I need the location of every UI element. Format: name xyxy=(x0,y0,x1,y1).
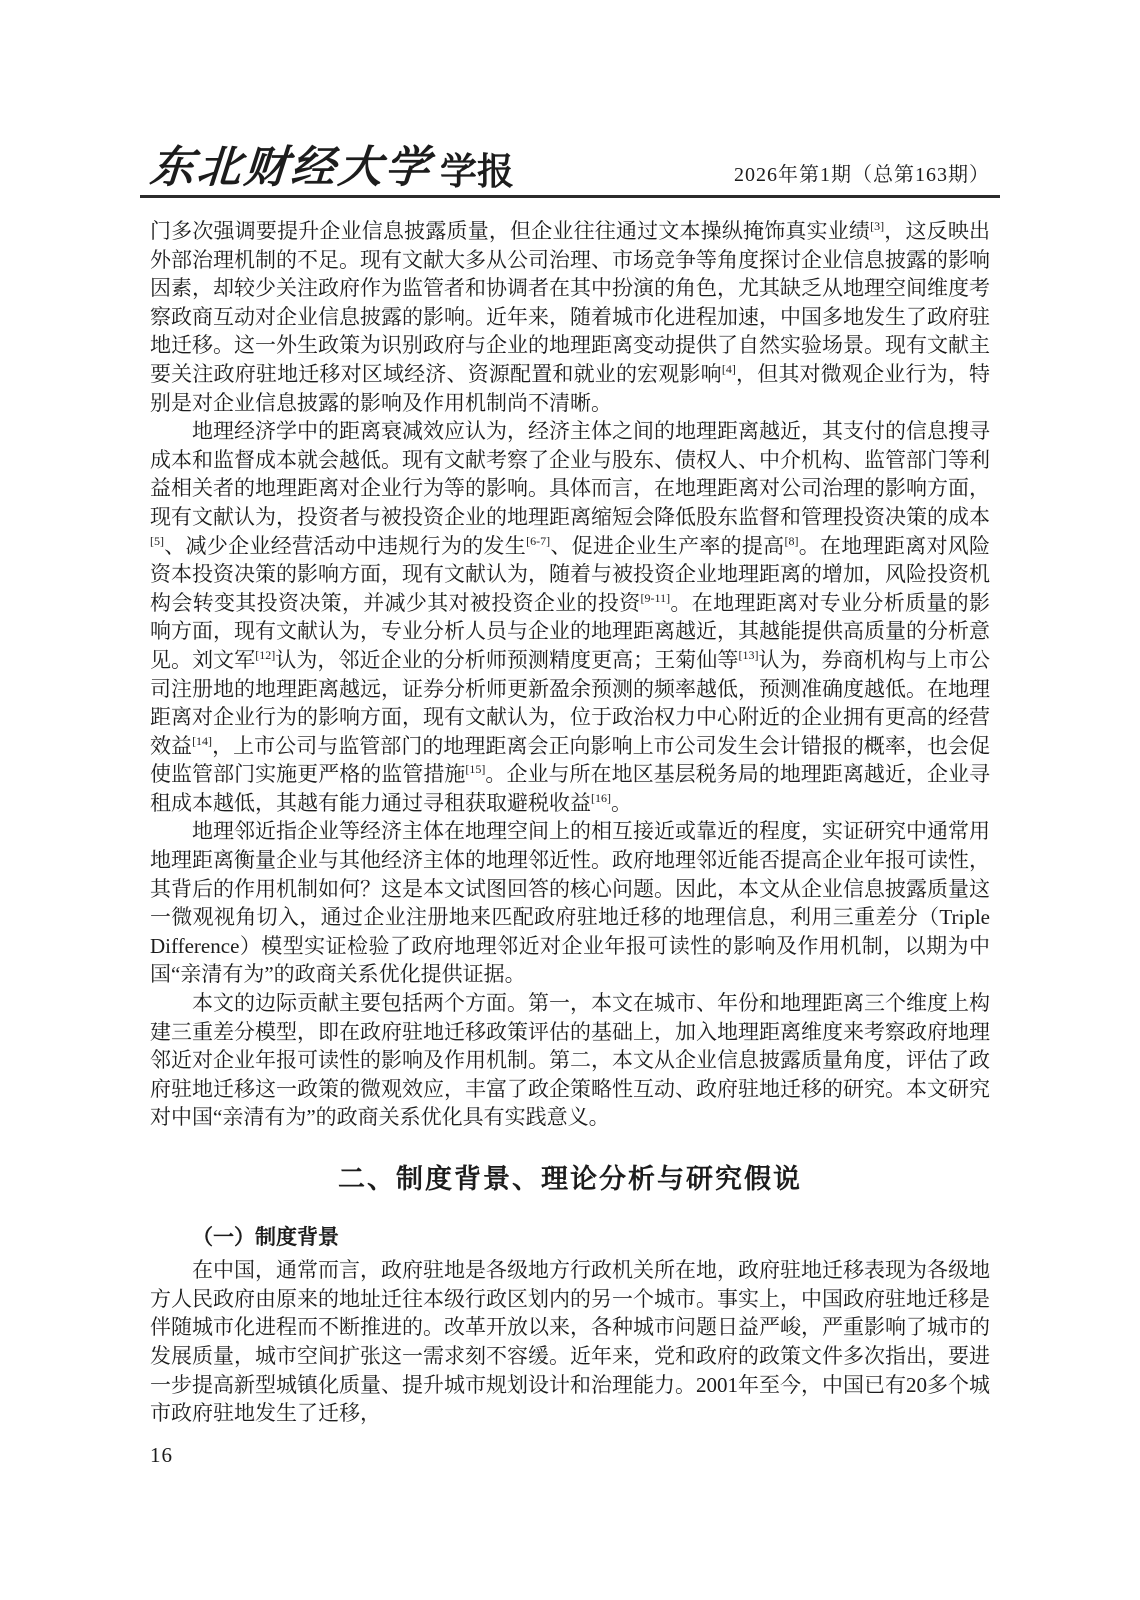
citation-superscript: [12] xyxy=(255,648,275,662)
journal-logo-suffix: 学报 xyxy=(440,153,514,190)
paragraph-4: 本文的边际贡献主要包括两个方面。第一，本文在城市、年份和地理距离三个维度上构建三… xyxy=(150,989,990,1132)
paragraph-2: 地理经济学中的距离衰减效应认为，经济主体之间的地理距离越近，其支付的信息搜寻成本… xyxy=(150,417,990,817)
page-number: 16 xyxy=(150,1443,990,1468)
citation-superscript: [5] xyxy=(150,534,164,548)
citation-superscript: [8] xyxy=(784,534,798,548)
page-header: 东北财经大学 学报 2026年第1期（总第163期） xyxy=(150,138,990,190)
page-content: 东北财经大学 学报 2026年第1期（总第163期） 门多次强调要提升企业信息披… xyxy=(0,0,1140,1468)
journal-logo: 东北财经大学 学报 xyxy=(150,146,514,190)
article-body: 门多次强调要提升企业信息披露质量，但企业往往通过文本操纵掩饰真实业绩[3]，这反… xyxy=(150,217,990,1428)
paragraph-3: 地理邻近指企业等经济主体在地理空间上的相互接近或靠近的程度，实证研究中通常用地理… xyxy=(150,817,990,989)
citation-superscript: [9-11] xyxy=(641,591,671,605)
paragraph-5: 在中国，通常而言，政府驻地是各级地方行政机关所在地，政府驻地迁移表现为各级地方人… xyxy=(150,1256,990,1428)
subsection-heading: （一）制度背景 xyxy=(150,1224,990,1253)
journal-logo-script: 东北财经大学 xyxy=(148,146,433,190)
citation-superscript: [3] xyxy=(870,219,884,233)
citation-superscript: [6-7] xyxy=(526,534,550,548)
citation-superscript: [14] xyxy=(192,734,212,748)
citation-superscript: [13] xyxy=(738,648,758,662)
header-rule xyxy=(140,195,1000,198)
citation-superscript: [15] xyxy=(465,762,485,776)
citation-superscript: [4] xyxy=(722,362,736,376)
citation-superscript: [16] xyxy=(591,791,611,805)
paragraph-1: 门多次强调要提升企业信息披露质量，但企业往往通过文本操纵掩饰真实业绩[3]，这反… xyxy=(150,217,990,417)
issue-info: 2026年第1期（总第163期） xyxy=(734,165,990,190)
section-heading: 二、制度背景、理论分析与研究假说 xyxy=(150,1165,990,1194)
journal-page: 东北财经大学 学报 2026年第1期（总第163期） 门多次强调要提升企业信息披… xyxy=(0,0,1140,1600)
